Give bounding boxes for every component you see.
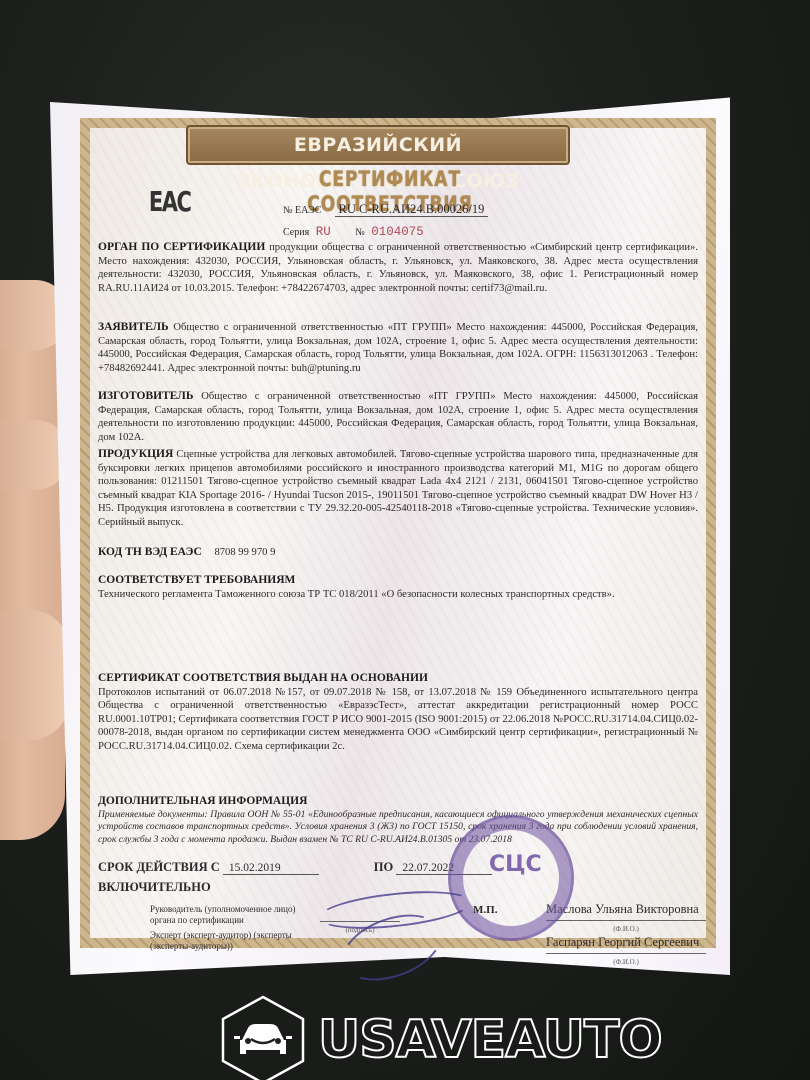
stamp-logo-icon: СЦС bbox=[489, 852, 542, 877]
validity-inclusive: ВКЛЮЧИТЕЛЬНО bbox=[98, 880, 211, 894]
head-signatory-label: Руководитель (уполномоченное лицо) орган… bbox=[150, 904, 300, 926]
expert-signatory-name: Гаспарян Георгий Сергеевич bbox=[546, 935, 699, 949]
eac-mark-icon: ЕАС bbox=[149, 185, 191, 218]
fio-caption-expert: (Ф.И.О.) bbox=[546, 953, 706, 969]
watermark-brand: USAVEAUTO bbox=[318, 1010, 662, 1070]
certificate-number: № ЕАЭС RU C-RU.АИ24.В.00026/19 bbox=[283, 202, 488, 218]
stamp-mp-mark: М.П. bbox=[473, 904, 497, 916]
section-applicant: ЗАЯВИТЕЛЬ Общество с ограниченной ответс… bbox=[98, 321, 698, 375]
expert-signatory-label: Эксперт (эксперт-аудитор) (эксперты (экс… bbox=[150, 930, 300, 952]
head-signatory-name: Маслова Ульяна Викторовна bbox=[546, 902, 699, 916]
section-additional-info: ДОПОЛНИТЕЛЬНАЯ ИНФОРМАЦИЯ Применяемые до… bbox=[98, 795, 698, 846]
watermark-logo: USAVEAUTO bbox=[220, 1010, 662, 1070]
car-icon bbox=[220, 994, 306, 1080]
section-basis: СЕРТИФИКАТ СООТВЕТСТВИЯ ВЫДАН НА ОСНОВАН… bbox=[98, 672, 698, 754]
official-stamp: СЦС М.П. bbox=[448, 815, 574, 941]
series-line: Серия RU № 0104075 bbox=[283, 225, 424, 240]
section-certification-body: ОРГАН ПО СЕРТИФИКАЦИИ продукции общества… bbox=[98, 241, 698, 295]
section-manufacturer: ИЗГОТОВИТЕЛЬ Общество с ограниченной отв… bbox=[98, 390, 698, 444]
union-banner: ЕВРАЗИЙСКИЙ ЭКОНОМИЧЕСКИЙ СОЮЗ bbox=[186, 125, 570, 165]
hand-holding-paper bbox=[0, 280, 65, 840]
section-product: ПРОДУКЦИЯ Сцепные устройства для легковы… bbox=[98, 448, 698, 530]
fio-caption-head: (Ф.И.О.) bbox=[546, 920, 706, 936]
validity-period: СРОК ДЕЙСТВИЯ С 15.02.2019 ПО 22.07.2022 bbox=[98, 860, 492, 875]
section-conforms: СООТВЕТСТВУЕТ ТРЕБОВАНИЯМ Технического р… bbox=[98, 574, 698, 601]
tn-ved-code: КОД ТН ВЭД ЕАЭС 8708 99 970 9 bbox=[98, 546, 698, 560]
